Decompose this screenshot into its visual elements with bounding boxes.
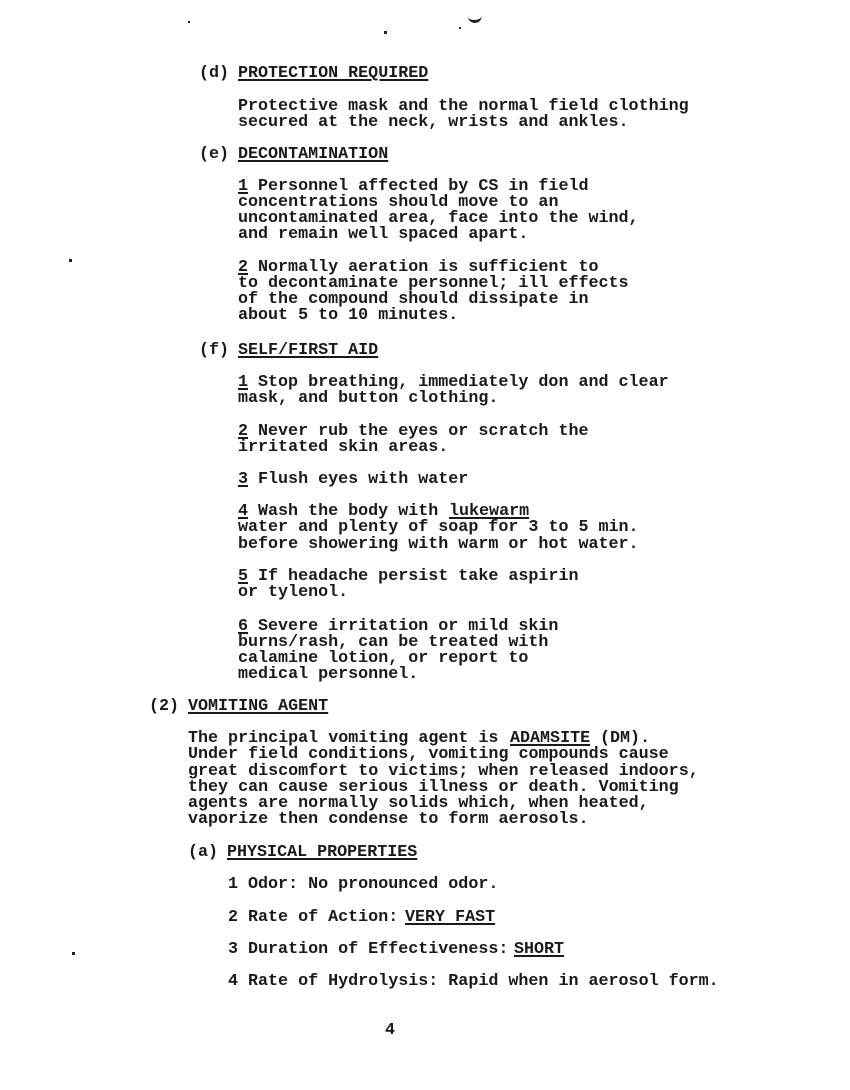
section-2-heading: VOMITING AGENT [188, 699, 328, 715]
paragraph-text: Under field conditions, vomiting compoun… [188, 747, 669, 763]
scan-speck [384, 31, 387, 34]
scan-mark [468, 14, 483, 24]
subsection-a-heading: PHYSICAL PROPERTIES [227, 845, 417, 861]
scan-speck [459, 27, 461, 29]
section-f-label: (f) [199, 343, 229, 359]
item-text: about 5 to 10 minutes. [238, 308, 458, 324]
item-text: or tylenol. [238, 585, 348, 601]
item-text: water and plenty of soap for 3 to 5 min. [238, 520, 639, 536]
item-text: Rate of Action: [238, 910, 408, 926]
item-text: Odor: No pronounced odor. [238, 877, 498, 893]
scan-speck [69, 259, 72, 262]
page-number: 4 [385, 1023, 395, 1039]
item-number: 1 [228, 877, 238, 893]
item-text: and remain well spaced apart. [238, 227, 528, 243]
section-e-label: (e) [199, 147, 229, 163]
scan-speck [188, 21, 190, 23]
section-2-label: (2) [149, 699, 179, 715]
item-number: 2 [228, 910, 238, 926]
section-d-label: (d) [199, 66, 229, 82]
item-text: irritated skin areas. [238, 440, 448, 456]
section-d-heading: PROTECTION REQUIRED [238, 66, 428, 82]
scan-speck [72, 952, 75, 955]
emphasis-very-fast: VERY FAST [405, 910, 495, 926]
section-d-line: secured at the neck, wrists and ankles. [238, 115, 629, 131]
document-page: (d) PROTECTION REQUIRED Protective mask … [0, 0, 850, 1090]
emphasis-short: SHORT [514, 942, 564, 958]
item-text: Duration of Effectiveness: [238, 942, 518, 958]
item-text: Rate of Hydrolysis: Rapid when in aeroso… [238, 974, 719, 990]
item-number: 4 [228, 974, 238, 990]
item-text: before showering with warm or hot water. [238, 537, 639, 553]
paragraph-text: vaporize then condense to form aerosols. [188, 812, 589, 828]
item-text: medical personnel. [238, 667, 418, 683]
item-number: 3 [238, 472, 248, 488]
item-number: 3 [228, 942, 238, 958]
item-text: Flush eyes with water [248, 472, 468, 488]
item-text: mask, and button clothing. [238, 391, 498, 407]
section-e-heading: DECONTAMINATION [238, 147, 388, 163]
subsection-a-label: (a) [188, 845, 218, 861]
section-f-heading: SELF/FIRST AID [238, 343, 378, 359]
